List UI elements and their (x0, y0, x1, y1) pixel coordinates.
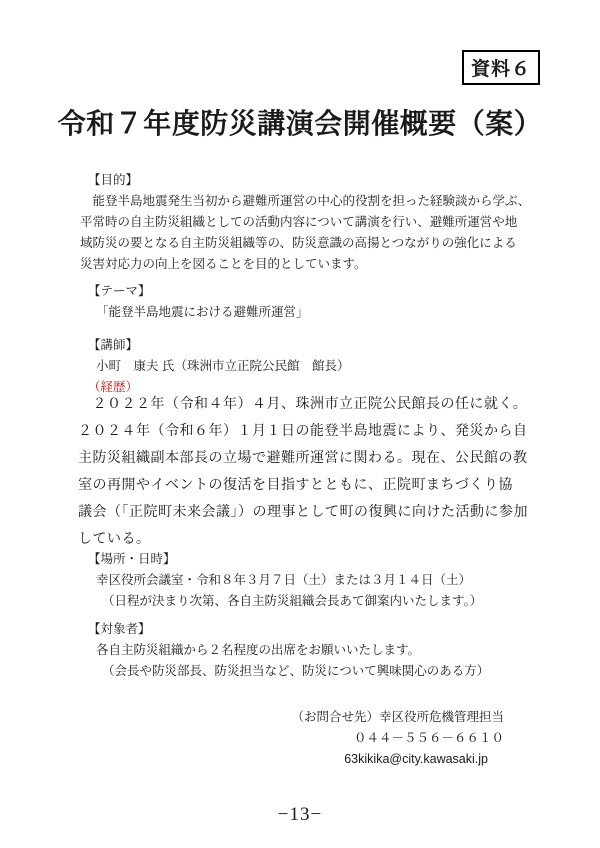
lecturer-name: 小町 康夫 氏（珠洲市立正院公民館 館長） (80, 356, 560, 377)
document-page: 資料６ 令和７年度防災講演会開催概要（案） 【目的】 能登半島地震発生当初から避… (0, 0, 600, 848)
purpose-body: 能登半島地震発生当初から避難所運営の中心的役割を担った経験談から学ぶ、 平常時の… (80, 191, 560, 275)
audience-request: 各自主防災組織から２名程度の出席をお願いいたします。 (80, 640, 560, 661)
contact-label: （お問合せ先）幸区役所危機管理担当 (291, 707, 504, 728)
section-audience: 【対象者】 各自主防災組織から２名程度の出席をお願いいたします。 （会長や防災部… (80, 619, 560, 682)
audience-heading: 【対象者】 (80, 619, 560, 640)
lecturer-heading: 【講師】 (80, 335, 560, 356)
place-datetime-heading: 【場所・日時】 (80, 549, 560, 570)
section-theme: 【テーマ】 「能登半島地震における避難所運営」 (80, 281, 560, 323)
place-datetime-note: （日程が決まり次第、各自主防災組織会長あて御案内いたします。） (80, 591, 560, 612)
document-tag-label: 資料６ (471, 54, 531, 81)
theme-heading: 【テーマ】 (80, 281, 560, 302)
section-lecturer: 【講師】 小町 康夫 氏（珠洲市立正院公民館 館長） （経歴） (80, 335, 560, 398)
audience-note: （会長や防災部長、防災担当など、防災について興味関心のある方） (80, 661, 560, 682)
section-purpose: 【目的】 能登半島地震発生当初から避難所運営の中心的役割を担った経験談から学ぶ、… (80, 170, 560, 275)
purpose-heading: 【目的】 (80, 170, 560, 191)
section-place-datetime: 【場所・日時】 幸区役所会議室・令和８年３月７日（土）または３月１４日（土） （… (80, 549, 560, 612)
lecturer-career-body: ２０２２年（令和４年）４月、珠洲市立正院公民館長の任に就く。 ２０２４年（令和６… (78, 391, 562, 553)
theme-body: 「能登半島地震における避難所運営」 (80, 302, 560, 323)
contact-phone: ０４４－５５６－６６１０ (291, 728, 504, 749)
contact-email: 63kikika@city.kawasaki.jp (291, 749, 504, 770)
document-tag-box: 資料６ (462, 50, 540, 85)
contact-block: （お問合せ先）幸区役所危機管理担当 ０４４－５５６－６６１０ 63kikika@… (291, 707, 504, 770)
page-title: 令和７年度防災講演会開催概要（案） (0, 102, 600, 142)
page-number: −13− (0, 804, 600, 826)
place-datetime-venue: 幸区役所会議室・令和８年３月７日（土）または３月１４日（土） (80, 570, 560, 591)
